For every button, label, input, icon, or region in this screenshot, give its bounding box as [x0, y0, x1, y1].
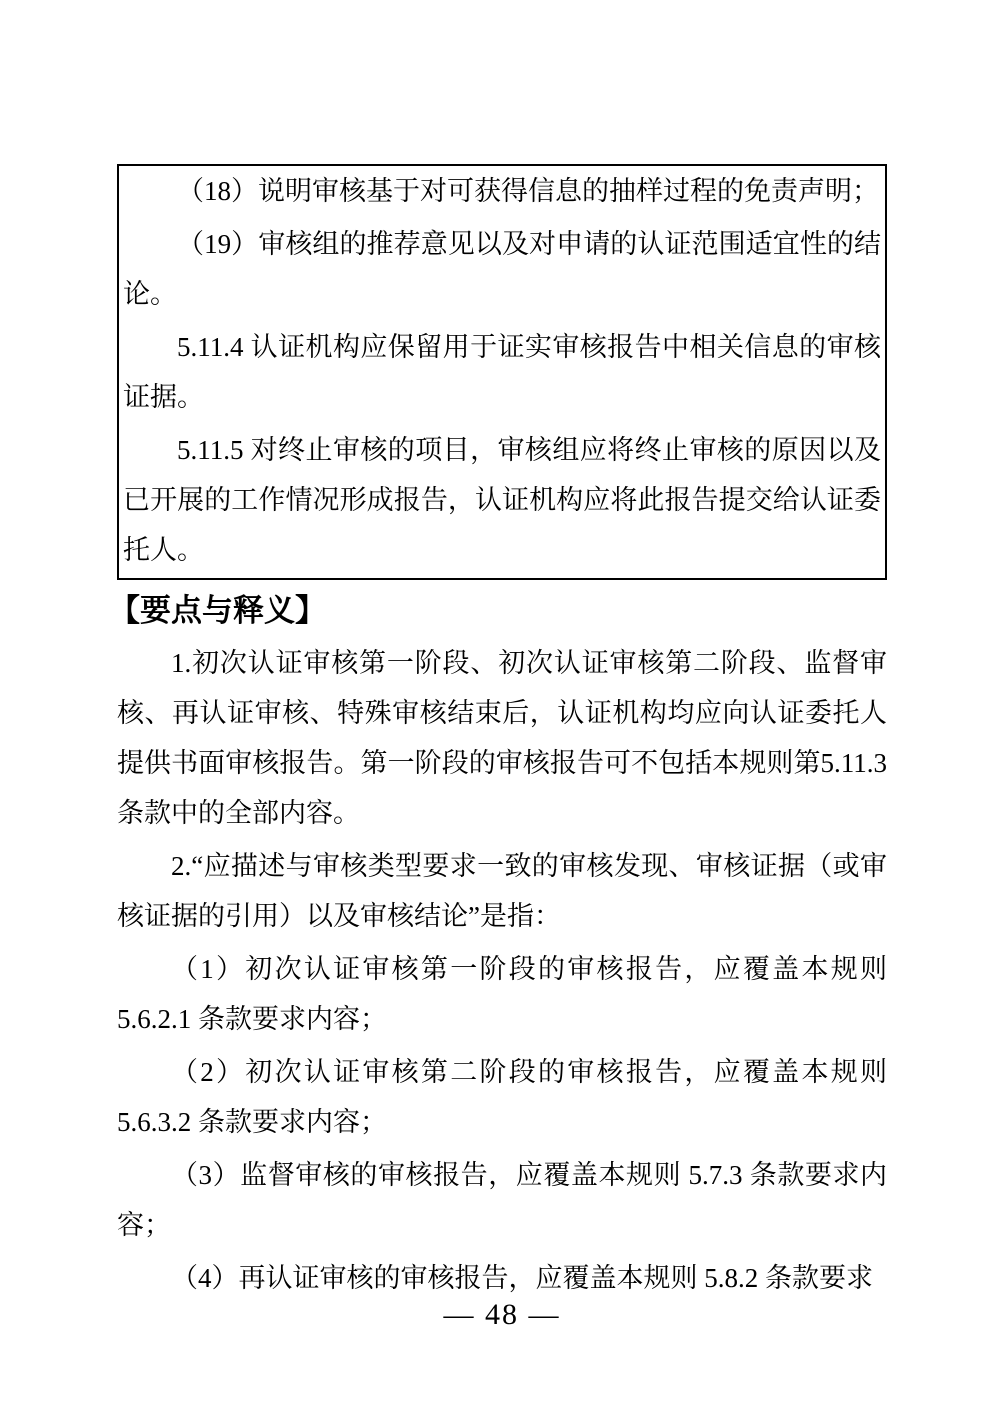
- page-number: — 48 —: [117, 1297, 887, 1333]
- commentary-paragraph-2: 2.“应描述与审核类型要求一致的审核发现、审核证据（或审核证据的引用）以及审核结…: [117, 841, 887, 941]
- commentary-paragraph-item-4: （4）再认证审核的审核报告，应覆盖本规则 5.8.2 条款要求: [117, 1253, 887, 1303]
- page-content-column: （18）说明审核基于对可获得信息的抽样过程的免责声明； （19）审核组的推荐意见…: [117, 164, 887, 1306]
- key-points-heading: 【要点与释义】: [109, 592, 887, 630]
- commentary-paragraph-1: 1.初次认证审核第一阶段、初次认证审核第二阶段、监督审核、再认证审核、特殊审核结…: [117, 638, 887, 838]
- commentary-paragraph-item-1: （1）初次认证审核第一阶段的审核报告，应覆盖本规则5.6.2.1 条款要求内容；: [117, 944, 887, 1044]
- excerpt-paragraph-5-11-5: 5.11.5 对终止审核的项目，审核组应将终止审核的原因以及已开展的工作情况形成…: [123, 425, 881, 575]
- commentary-body: 1.初次认证审核第一阶段、初次认证审核第二阶段、监督审核、再认证审核、特殊审核结…: [117, 638, 887, 1303]
- commentary-paragraph-item-3: （3）监督审核的审核报告，应覆盖本规则 5.7.3 条款要求内容；: [117, 1150, 887, 1250]
- regulation-excerpt-box: （18）说明审核基于对可获得信息的抽样过程的免责声明； （19）审核组的推荐意见…: [117, 164, 887, 580]
- document-page: （18）说明审核基于对可获得信息的抽样过程的免责声明； （19）审核组的推荐意见…: [0, 0, 1000, 1414]
- commentary-paragraph-item-2: （2）初次认证审核第二阶段的审核报告，应覆盖本规则5.6.3.2 条款要求内容；: [117, 1047, 887, 1147]
- excerpt-paragraph-19: （19）审核组的推荐意见以及对申请的认证范围适宜性的结论。: [123, 219, 881, 319]
- excerpt-paragraph-18: （18）说明审核基于对可获得信息的抽样过程的免责声明；: [123, 166, 881, 216]
- excerpt-paragraph-5-11-4: 5.11.4 认证机构应保留用于证实审核报告中相关信息的审核证据。: [123, 322, 881, 422]
